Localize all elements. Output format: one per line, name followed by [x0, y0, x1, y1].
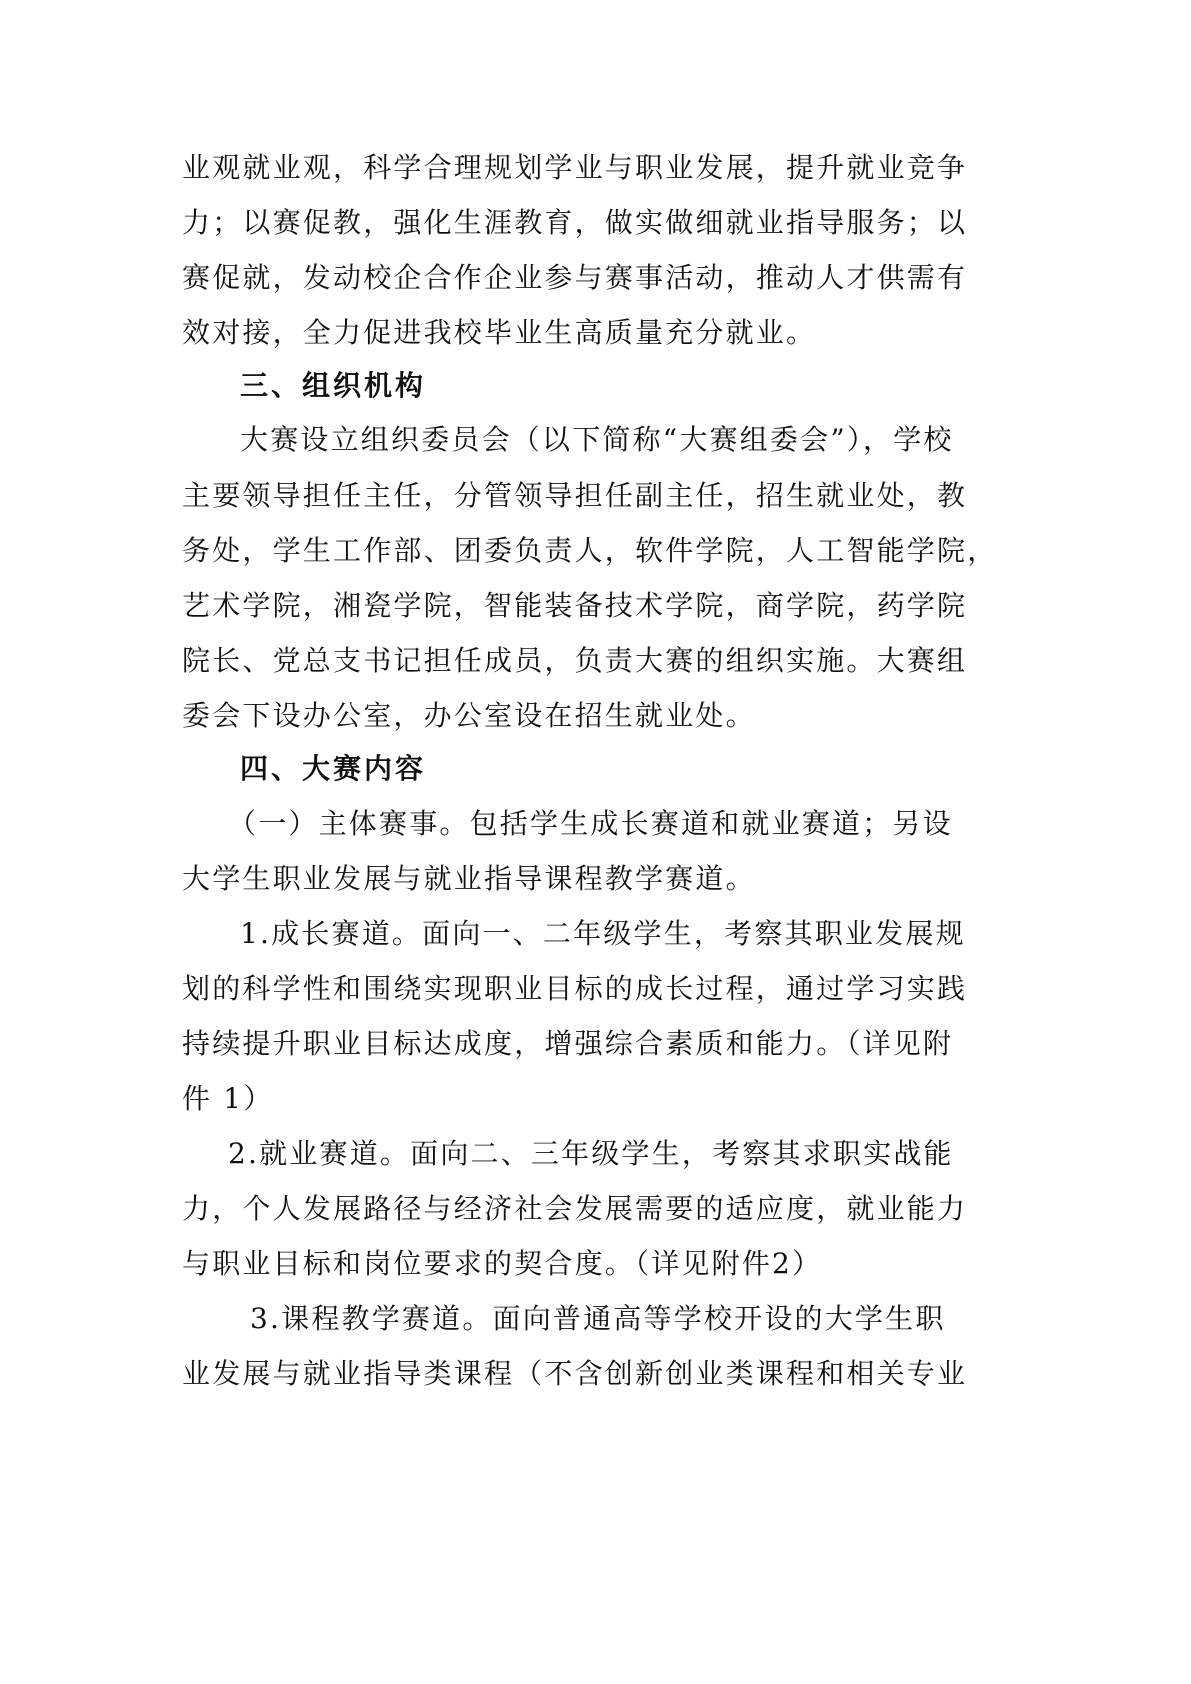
paragraph-line: 委会下设办公室，办公室设在招生就业处。	[182, 696, 1012, 736]
document-page: 业观就业观，科学合理规划学业与职业发展，提升就业竞争 力；以赛促教，强化生涯教育…	[0, 0, 1191, 1684]
paragraph-line: 大赛设立组织委员会（以下简称“大赛组委会”），学校	[240, 420, 1070, 460]
section-heading-organization: 三、组织机构	[240, 366, 1070, 406]
paragraph-line: 务处，学生工作部、团委负责人，软件学院，人工智能学院，	[182, 531, 1012, 571]
paragraph-line: 与职业目标和岗位要求的契合度。（详见附件2）	[182, 1244, 1012, 1284]
paragraph-line: 2.就业赛道。面向二、三年级学生，考察其求职实战能	[228, 1134, 1058, 1174]
paragraph-line: 3.课程教学赛道。面向普通高等学校开设的大学生职	[250, 1299, 1080, 1339]
paragraph-line: 业发展与就业指导类课程（不含创新创业类课程和相关专业	[182, 1354, 1012, 1394]
paragraph-line: 划的科学性和围绕实现职业目标的成长过程，通过学习实践	[182, 969, 1012, 1009]
paragraph-line: 力，个人发展路径与经济社会发展需要的适应度，就业能力	[182, 1189, 1012, 1229]
paragraph-line: 赛促就，发动校企合作企业参与赛事活动，推动人才供需有	[182, 258, 1012, 298]
paragraph-line: 大学生职业发展与就业指导课程教学赛道。	[182, 859, 1012, 899]
paragraph-line: 力；以赛促教，强化生涯教育，做实做细就业指导服务；以	[182, 203, 1012, 243]
paragraph-line: 院长、党总支书记担任成员，负责大赛的组织实施。大赛组	[182, 641, 1012, 681]
paragraph-line: 主要领导担任主任，分管领导担任副主任，招生就业处，教	[182, 476, 1012, 516]
paragraph-line: 持续提升职业目标达成度，增强综合素质和能力。（详见附	[182, 1024, 1012, 1064]
paragraph-line: 1.成长赛道。面向一、二年级学生，考察其职业发展规	[240, 914, 1070, 954]
paragraph-line: 艺术学院，湘瓷学院，智能装备技术学院，商学院，药学院	[182, 586, 1012, 626]
paragraph-line: 业观就业观，科学合理规划学业与职业发展，提升就业竞争	[182, 148, 1012, 188]
paragraph-line: （一）主体赛事。包括学生成长赛道和就业赛道；另设	[228, 804, 1058, 844]
paragraph-line: 件 1）	[182, 1079, 1012, 1119]
section-heading-contest-content: 四、大赛内容	[240, 749, 1070, 789]
paragraph-line: 效对接，全力促进我校毕业生高质量充分就业。	[182, 313, 1012, 353]
